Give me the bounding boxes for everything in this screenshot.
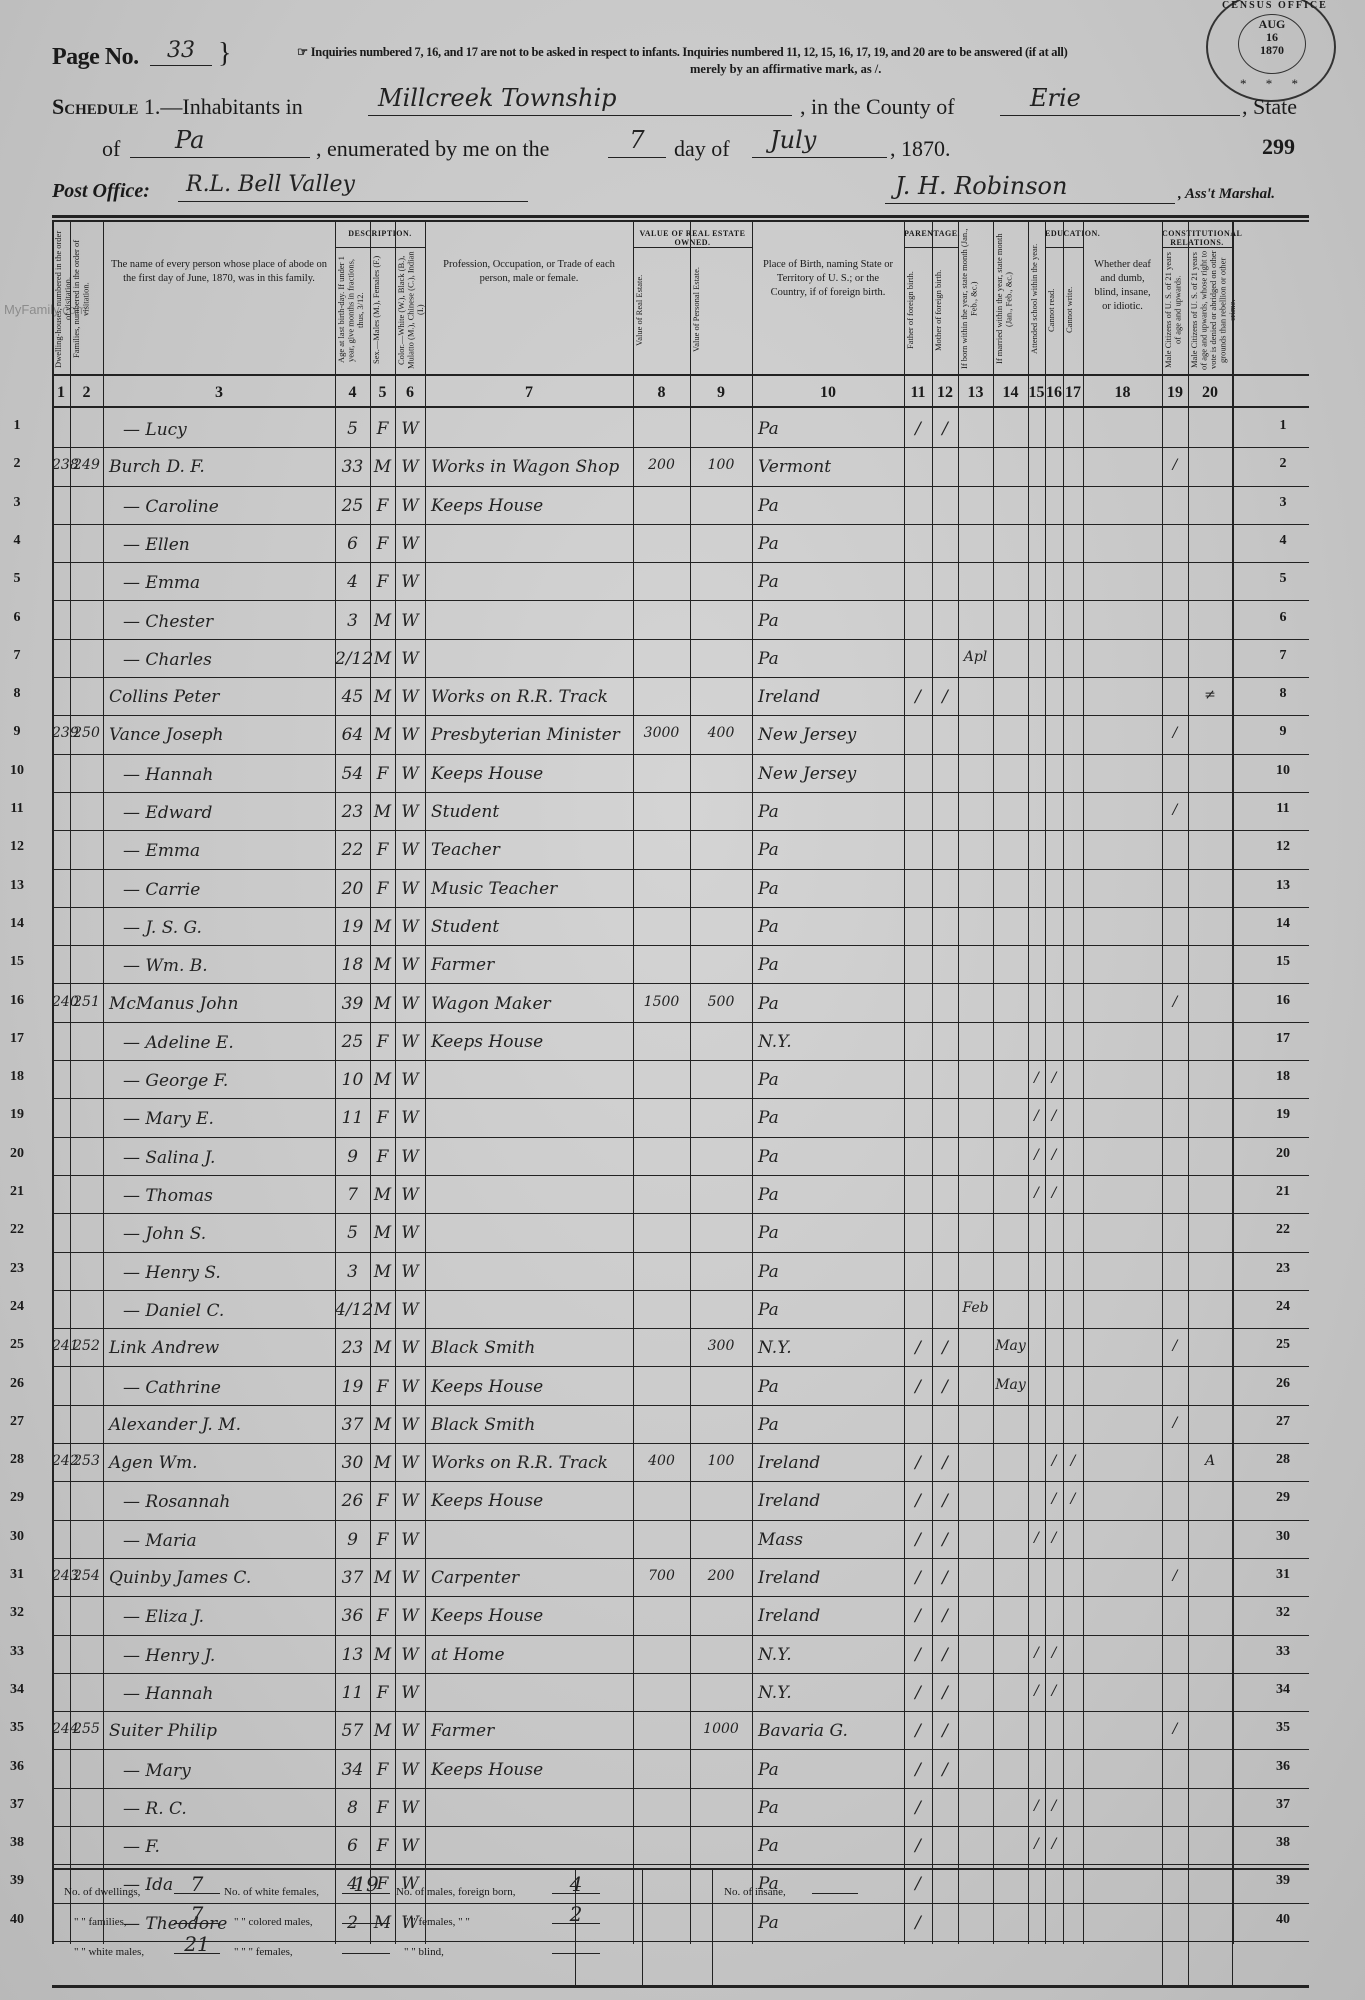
day-value: 7 (608, 126, 666, 158)
cell-dwelling: 243 (52, 1568, 70, 1584)
table-row: 1414— J. S. G.19MWStudentPa (52, 908, 1309, 946)
township-value: Millcreek Township (368, 84, 792, 116)
line-number-right: 8 (1268, 686, 1298, 702)
cell-birthplace: Pa (758, 1300, 779, 1320)
summary-divider (1162, 1870, 1163, 1985)
cell-name: — Adeline E. (109, 1033, 234, 1053)
cell-birthplace: N.Y. (758, 1683, 792, 1703)
line-number-right: 29 (1268, 1490, 1298, 1506)
column-number: 17 (1063, 384, 1083, 402)
table-row: 3838— F.6FWPa/// (52, 1827, 1309, 1865)
cell-citizen: / (1162, 1415, 1188, 1431)
cell-occupation: Teacher (431, 840, 500, 860)
cell-sex: M (370, 1338, 395, 1358)
cell-personal-estate: 1000 (690, 1721, 752, 1737)
cell-occupation: Carpenter (431, 1568, 519, 1588)
line-number-left: 37 (2, 1797, 32, 1813)
month-value: July (752, 126, 887, 158)
line-number-right: 10 (1268, 763, 1298, 779)
cell-birthplace: Vermont (758, 457, 831, 477)
cell-name: — Henry J. (109, 1646, 215, 1666)
line-number-right: 38 (1268, 1835, 1298, 1851)
cell-birthplace: N.Y. (758, 1032, 792, 1052)
cell-sex: F (370, 764, 395, 784)
county-value: Erie (1000, 84, 1240, 116)
column-number: 7 (425, 384, 633, 402)
cell-father-foreign: / (904, 1606, 932, 1626)
cell-color: W (395, 1721, 425, 1741)
cell-color: W (395, 611, 425, 631)
cell-mother-foreign: / (932, 1338, 958, 1358)
table-row: 2828242253Agen Wm.30MWWorks on R.R. Trac… (52, 1444, 1309, 1482)
cell-father-foreign: / (904, 1721, 932, 1741)
cell-sex: M (370, 1415, 395, 1435)
column-divider (904, 222, 905, 1944)
cell-color: W (395, 1070, 425, 1090)
page-no-value: 33 (150, 38, 212, 66)
cell-birthplace: Pa (758, 419, 779, 439)
cell-sex: F (370, 1491, 395, 1511)
post-office-label: Post Office: (52, 180, 150, 203)
line-number-left: 39 (2, 1873, 32, 1889)
line-number-right: 4 (1268, 533, 1298, 549)
table-row: 2626— Cathrine19FWKeeps HousePa//May (52, 1368, 1309, 1406)
cell-denied: ≠ (1188, 687, 1232, 703)
line-number-left: 5 (2, 571, 32, 587)
table-row: 2121— Thomas7MWPa// (52, 1176, 1309, 1214)
cell-age: 34 (335, 1760, 370, 1780)
cell-father-foreign: / (904, 1645, 932, 1665)
cell-age: 25 (335, 496, 370, 516)
table-row: 2525241252Link Andrew23MWBlack Smith300N… (52, 1329, 1309, 1367)
cell-sex: F (370, 1530, 395, 1550)
line-number-left: 16 (2, 993, 32, 1009)
summary-divider (1232, 1870, 1233, 1985)
cell-age: 39 (335, 994, 370, 1014)
cell-sex: M (370, 1070, 395, 1090)
column-header-19: Male Citizens of U. S. of 21 years of ag… (1164, 250, 1186, 370)
cell-name: — Mary (109, 1761, 191, 1781)
column-number: 4 (335, 384, 370, 402)
cell-cannot-write: / (1063, 1453, 1083, 1469)
cell-name: — Eliza J. (109, 1607, 204, 1627)
cell-age: 3 (335, 611, 370, 631)
state-value: Pa (130, 126, 310, 158)
cell-color: W (395, 1453, 425, 1473)
column-number: 10 (752, 384, 904, 402)
cell-color: W (395, 649, 425, 669)
cell-color: W (395, 687, 425, 707)
cell-occupation: Keeps House (431, 1760, 543, 1780)
cell-name: — John S. (109, 1224, 206, 1244)
cell-color: W (395, 994, 425, 1014)
cell-school: / (1028, 1683, 1045, 1699)
table-row: 1313— Carrie20FWMusic TeacherPa (52, 870, 1309, 908)
cell-family: 255 (70, 1721, 103, 1737)
column-number: 19 (1162, 384, 1188, 402)
line-number-left: 28 (2, 1452, 32, 1468)
sheet-number: 299 (1262, 134, 1295, 160)
table-row: 2323— Henry S.3MWPa (52, 1253, 1309, 1291)
cell-personal-estate: 200 (690, 1568, 752, 1584)
cell-school: / (1028, 1645, 1045, 1661)
table-row: 1616240251McManus John39MWWagon Maker150… (52, 985, 1309, 1023)
cell-name: Agen Wm. (109, 1453, 198, 1473)
cell-born-month: Apl (958, 649, 993, 665)
cell-age: 37 (335, 1568, 370, 1588)
cell-mother-foreign: / (932, 1606, 958, 1626)
table-row: 1010— Hannah54FWKeeps HouseNew Jersey (52, 755, 1309, 793)
cell-father-foreign: / (904, 1491, 932, 1511)
column-divider (52, 222, 54, 1944)
cell-age: 13 (335, 1645, 370, 1665)
column-header-12: Mother of foreign birth. (934, 250, 956, 370)
cell-birthplace: Pa (758, 1070, 779, 1090)
cell-father-foreign: / (904, 1798, 932, 1818)
line-number-left: 24 (2, 1299, 32, 1315)
line-number-left: 25 (2, 1337, 32, 1353)
cell-school: / (1028, 1836, 1045, 1852)
table-row: 33— Caroline25FWKeeps HousePa (52, 487, 1309, 525)
cell-occupation: Black Smith (431, 1415, 535, 1435)
state-label: , State (1242, 94, 1297, 120)
cell-real-estate: 3000 (633, 725, 690, 741)
table-row: 3434— Hannah11FWN.Y.//// (52, 1674, 1309, 1712)
cell-birthplace: Ireland (758, 1568, 820, 1588)
table-row: 3131243254Quinby James C.37MWCarpenter70… (52, 1559, 1309, 1597)
cell-school: / (1028, 1108, 1045, 1124)
cell-occupation: Black Smith (431, 1338, 535, 1358)
column-header-3: The name of every person whose place of … (109, 258, 329, 286)
column-header-2: Families, numbered in the order of visit… (72, 228, 101, 370)
line-number-right: 37 (1268, 1797, 1298, 1813)
cell-color: W (395, 955, 425, 975)
cell-mother-foreign: / (932, 1377, 958, 1397)
cell-school: / (1028, 1147, 1045, 1163)
cell-personal-estate: 400 (690, 725, 752, 741)
table-row: 44— Ellen6FWPa (52, 525, 1309, 563)
cell-father-foreign: / (904, 1530, 932, 1550)
cell-name: — Ellen (109, 535, 190, 555)
cell-age: 25 (335, 1032, 370, 1052)
cell-name: — George F. (109, 1071, 228, 1091)
column-divider (1232, 222, 1234, 1944)
line-number-left: 3 (2, 495, 32, 511)
dwellings-label: No. of dwellings, (64, 1886, 140, 1898)
cell-color: W (395, 496, 425, 516)
summary-divider (642, 1870, 643, 1985)
cell-color: W (395, 1606, 425, 1626)
line-number-left: 36 (2, 1759, 32, 1775)
line-number-right: 2 (1268, 456, 1298, 472)
line-number-right: 13 (1268, 878, 1298, 894)
cell-mother-foreign: / (932, 1453, 958, 1473)
cell-birthplace: Pa (758, 955, 779, 975)
page-no-label: Page No. (52, 44, 139, 71)
table-row: 2727Alexander J. M.37MWBlack SmithPa/ (52, 1406, 1309, 1444)
line-number-left: 29 (2, 1490, 32, 1506)
column-header-6: Color.—White (W.), Black (B.), Mulatto (… (397, 250, 423, 370)
line-number-right: 22 (1268, 1222, 1298, 1238)
cell-school: / (1028, 1070, 1045, 1086)
cell-name: — Emma (109, 841, 200, 861)
cell-sex: M (370, 917, 395, 937)
column-header-15: Attended school within the year. (1030, 228, 1043, 370)
real-estate-group-header: VALUE OF REAL ESTATE OWNED. (633, 226, 752, 248)
cell-name: — Wm. B. (109, 956, 208, 976)
cell-occupation: Student (431, 802, 499, 822)
table-row: 99239250Vance Joseph64MWPresbyterian Min… (52, 716, 1309, 754)
cell-birthplace: New Jersey (758, 725, 856, 745)
cell-birthplace: Pa (758, 917, 779, 937)
column-number: 8 (633, 384, 690, 402)
cell-sex: M (370, 1568, 395, 1588)
cell-color: W (395, 419, 425, 439)
description-group-header: DESCRIPTION. (335, 226, 425, 248)
cell-sex: M (370, 649, 395, 669)
cell-name: — Salina J. (109, 1148, 215, 1168)
cell-birthplace: Ireland (758, 1606, 820, 1626)
table-top-rule-inner (52, 220, 1309, 222)
cell-age: 2/12 (335, 649, 370, 669)
cell-age: 9 (335, 1530, 370, 1550)
cell-color: W (395, 457, 425, 477)
cell-name: — Cathrine (109, 1378, 221, 1398)
line-number-right: 27 (1268, 1414, 1298, 1430)
line-number-left: 12 (2, 839, 32, 855)
cell-name: — Henry S. (109, 1263, 221, 1283)
cell-sex: M (370, 725, 395, 745)
of-label: of (102, 136, 120, 162)
cell-cannot-read: / (1045, 1070, 1063, 1086)
cell-sex: M (370, 457, 395, 477)
cell-age: 45 (335, 687, 370, 707)
cell-occupation: Presbyterian Minister (431, 725, 620, 745)
cell-name: Link Andrew (109, 1338, 219, 1358)
cell-real-estate: 400 (633, 1453, 690, 1469)
table-row: 3232— Eliza J.36FWKeeps HouseIreland// (52, 1597, 1309, 1635)
cell-birthplace: Pa (758, 1147, 779, 1167)
cell-birthplace: Pa (758, 840, 779, 860)
cell-birthplace: N.Y. (758, 1338, 792, 1358)
colored-males-value (342, 1902, 390, 1924)
cell-sex: M (370, 1223, 395, 1243)
insane-label: No. of insane, (724, 1886, 786, 1898)
line-number-right: 19 (1268, 1107, 1298, 1123)
table-row: 1111— Edward23MWStudentPa/ (52, 793, 1309, 831)
cell-family: 251 (70, 994, 103, 1010)
cell-father-foreign: / (904, 1683, 932, 1703)
cell-sex: M (370, 1721, 395, 1741)
column-header-7: Profession, Occupation, or Trade of each… (431, 258, 627, 286)
column-number: 2 (70, 384, 103, 402)
cell-sex: F (370, 1798, 395, 1818)
pointing-hand-icon: ☞ (297, 45, 311, 59)
column-header-11: Father of foreign birth. (906, 250, 930, 370)
cell-color: W (395, 1568, 425, 1588)
cell-age: 23 (335, 1338, 370, 1358)
cell-name: Burch D. F. (109, 457, 205, 477)
table-row: 66— Chester3MWPa (52, 602, 1309, 640)
cell-father-foreign: / (904, 1453, 932, 1473)
cell-mother-foreign: / (932, 1760, 958, 1780)
cell-name: — Emma (109, 573, 200, 593)
cell-cannot-read: / (1045, 1108, 1063, 1124)
cell-occupation: Keeps House (431, 764, 543, 784)
inquiry-note-line2: merely by an affirmative mark, as /. (690, 62, 881, 77)
cell-father-foreign: / (904, 1338, 932, 1358)
cell-real-estate: 200 (633, 457, 690, 473)
summary-divider (1188, 1870, 1189, 1985)
column-divider (958, 222, 959, 1944)
column-number: 1 (52, 384, 70, 402)
cell-sex: M (370, 611, 395, 631)
line-number-left: 20 (2, 1146, 32, 1162)
cell-age: 6 (335, 1836, 370, 1856)
cell-mother-foreign: / (932, 1721, 958, 1741)
cell-name: — Maria (109, 1531, 197, 1551)
cell-sex: M (370, 994, 395, 1014)
line-number-left: 27 (2, 1414, 32, 1430)
cell-birthplace: Ireland (758, 1453, 820, 1473)
cell-color: W (395, 1836, 425, 1856)
cell-age: 9 (335, 1147, 370, 1167)
column-header-20: Male Citizens of U. S. of 21 years of ag… (1190, 250, 1230, 370)
cell-age: 18 (335, 955, 370, 975)
cell-sex: F (370, 840, 395, 860)
line-number-left: 10 (2, 763, 32, 779)
cell-sex: F (370, 1377, 395, 1397)
column-divider (1063, 222, 1064, 1944)
line-number-right: 14 (1268, 916, 1298, 932)
cell-color: W (395, 917, 425, 937)
column-number: 13 (958, 384, 993, 402)
cell-school: / (1028, 1185, 1045, 1201)
cell-color: W (395, 1108, 425, 1128)
column-divider (1028, 222, 1029, 1944)
white-males-label: " " white males, (74, 1946, 144, 1958)
line-number-right: 23 (1268, 1261, 1298, 1277)
cell-citizen: / (1162, 802, 1188, 818)
cell-occupation: Keeps House (431, 1032, 543, 1052)
cell-citizen: / (1162, 725, 1188, 741)
column-number: 14 (993, 384, 1028, 402)
cell-sex: M (370, 687, 395, 707)
cell-color: W (395, 1223, 425, 1243)
column-number: 18 (1083, 384, 1162, 402)
cell-sex: M (370, 1300, 395, 1320)
line-number-right: 17 (1268, 1031, 1298, 1047)
cell-age: 64 (335, 725, 370, 745)
cell-name: — Edward (109, 803, 212, 823)
cell-mother-foreign: / (932, 1568, 958, 1588)
cell-mother-foreign: / (932, 419, 958, 439)
cell-dwelling: 239 (52, 725, 70, 741)
line-number-left: 13 (2, 878, 32, 894)
cell-age: 57 (335, 1721, 370, 1741)
cell-dwelling: 238 (52, 457, 70, 473)
cell-occupation: Works on R.R. Track (431, 687, 608, 707)
cell-real-estate: 1500 (633, 994, 690, 1010)
column-divider (370, 222, 371, 1944)
column-header-1: Dwelling-houses, numbered in the order o… (54, 228, 68, 370)
line-number-right: 6 (1268, 610, 1298, 626)
cell-name: — Rosannah (109, 1492, 230, 1512)
cell-married-month: May (993, 1338, 1028, 1354)
cell-color: W (395, 1185, 425, 1205)
cell-father-foreign: / (904, 1760, 932, 1780)
cell-personal-estate: 100 (690, 457, 752, 473)
line-number-right: 26 (1268, 1376, 1298, 1392)
cell-sex: F (370, 534, 395, 554)
line-number-left: 26 (2, 1376, 32, 1392)
line-number-left: 11 (2, 801, 32, 817)
cell-birthplace: Pa (758, 802, 779, 822)
line-number-right: 9 (1268, 724, 1298, 740)
cell-sex: F (370, 1147, 395, 1167)
cell-name: — J. S. G. (109, 918, 202, 938)
cell-color: W (395, 1798, 425, 1818)
cell-sex: M (370, 1453, 395, 1473)
cell-birthplace: Bavaria G. (758, 1721, 848, 1741)
cell-birthplace: Pa (758, 1415, 779, 1435)
line-number-left: 30 (2, 1529, 32, 1545)
line-number-left: 40 (2, 1912, 32, 1928)
cell-birthplace: Pa (758, 1760, 779, 1780)
white-females-value: 19 (342, 1872, 390, 1894)
column-number: 5 (370, 384, 395, 402)
cell-family: 249 (70, 457, 103, 473)
year-label: , 1870. (890, 136, 951, 162)
cell-occupation: at Home (431, 1645, 505, 1665)
cell-sex: F (370, 1606, 395, 1626)
cell-sex: M (370, 1262, 395, 1282)
cell-birthplace: Pa (758, 879, 779, 899)
line-number-right: 33 (1268, 1644, 1298, 1660)
column-divider (690, 222, 691, 1944)
colored-males-label: " " colored males, (234, 1916, 313, 1928)
cell-cannot-read: / (1045, 1530, 1063, 1546)
line-number-right: 24 (1268, 1299, 1298, 1315)
line-number-left: 19 (2, 1107, 32, 1123)
line-number-left: 2 (2, 456, 32, 472)
line-number-left: 1 (2, 418, 32, 434)
census-page: Page No. 33 } ☞ Inquiries numbered 7, 16… (0, 0, 1365, 2000)
cell-age: 19 (335, 917, 370, 937)
line-number-left: 34 (2, 1682, 32, 1698)
cell-name: — F. (109, 1837, 160, 1857)
cell-color: W (395, 840, 425, 860)
cell-name: — R. C. (109, 1799, 187, 1819)
line-number-left: 15 (2, 954, 32, 970)
cell-color: W (395, 534, 425, 554)
cell-mother-foreign: / (932, 1645, 958, 1665)
cell-birthplace: New Jersey (758, 764, 856, 784)
white-males-value: 21 (174, 1932, 220, 1954)
table-row: 2929— Rosannah26FWKeeps HouseIreland//// (52, 1482, 1309, 1520)
table-row: 1919— Mary E.11FWPa// (52, 1099, 1309, 1137)
cell-color: W (395, 1377, 425, 1397)
cell-sex: F (370, 1683, 395, 1703)
cell-age: 11 (335, 1108, 370, 1128)
cell-cannot-read: / (1045, 1798, 1063, 1814)
line-number-left: 14 (2, 916, 32, 932)
foreign-males-label: No. of males, foreign born, (396, 1886, 515, 1898)
cell-family: 252 (70, 1338, 103, 1354)
cell-birthplace: Ireland (758, 687, 820, 707)
cell-color: W (395, 1760, 425, 1780)
line-number-right: 16 (1268, 993, 1298, 1009)
